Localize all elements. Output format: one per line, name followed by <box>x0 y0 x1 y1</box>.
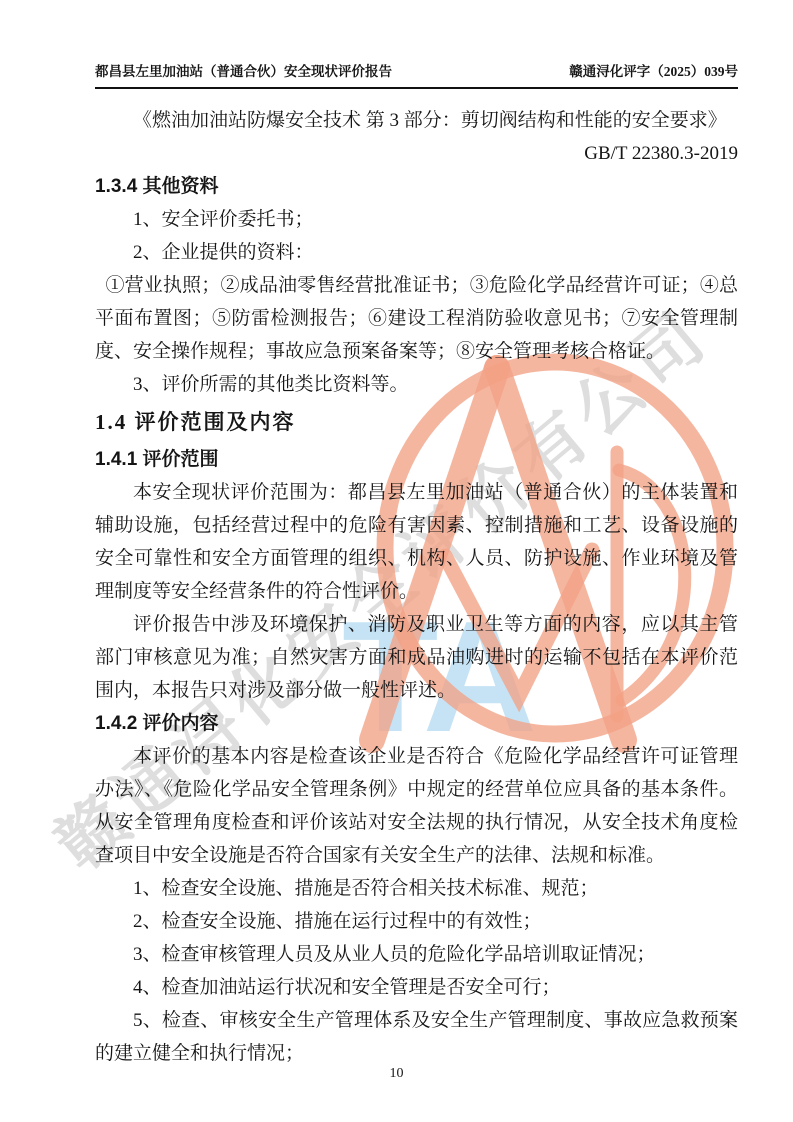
checklist-item: 5、检查、审核安全生产管理体系及安全生产管理制度、事故应急救预案的建立健全和执行… <box>95 1004 738 1070</box>
document-page: 赣通浔化安全评价有公司 TA 都昌县左里加油站（普通合伙）安全现状评价报告 赣通… <box>0 0 793 1122</box>
checklist-item: 3、检查审核管理人员及从业人员的危险化学品培训取证情况； <box>95 938 738 971</box>
checklist-item: 2、检查安全设施、措施在运行过程中的有效性； <box>95 905 738 938</box>
heading-1-4: 1.4 评价范围及内容 <box>95 401 738 443</box>
header-doc-number: 赣通浔化评字（2025）039号 <box>569 60 738 80</box>
heading-1-3-4: 1.3.4 其他资料 <box>95 170 738 203</box>
checklist-item: 1、检查安全设施、措施是否符合相关技术标准、规范； <box>95 872 738 905</box>
page-header: 都昌县左里加油站（普通合伙）安全现状评价报告 赣通浔化评字（2025）039号 <box>95 60 738 89</box>
heading-1-4-1: 1.4.1 评价范围 <box>95 443 738 476</box>
list-item: 2、企业提供的资料： <box>95 236 738 269</box>
materials-enumeration-paragraph: ①营业执照；②成品油零售经营批准证书；③危险化学品经营许可证；④总平面布置图；⑤… <box>95 269 738 368</box>
header-report-title: 都昌县左里加油站（普通合伙）安全现状评价报告 <box>95 60 392 80</box>
list-item: 3、评价所需的其他类比资料等。 <box>95 368 738 401</box>
referenced-standard-code: GB/T 22380.3-2019 <box>95 137 738 170</box>
list-item: 1、安全评价委托书； <box>95 203 738 236</box>
referenced-standard-title: 《燃油加油站防爆安全技术 第 3 部分：剪切阀结构和性能的安全要求》 <box>95 104 738 137</box>
scope-paragraph-2: 评价报告中涉及环境保护、消防及职业卫生等方面的内容，应以其主管部门审核意见为准；… <box>95 608 738 707</box>
document-body: 《燃油加油站防爆安全技术 第 3 部分：剪切阀结构和性能的安全要求》 GB/T … <box>95 104 738 1070</box>
heading-1-4-2: 1.4.2 评价内容 <box>95 707 738 740</box>
page-number: 10 <box>0 1066 793 1082</box>
scope-paragraph-1: 本安全现状评价范围为：都昌县左里加油站（普通合伙）的主体装置和辅助设施，包括经营… <box>95 476 738 608</box>
content-paragraph: 本评价的基本内容是检查该企业是否符合《危险化学品经营许可证管理办法》、《危险化学… <box>95 740 738 872</box>
checklist-item: 4、检查加油站运行状况和安全管理是否安全可行； <box>95 971 738 1004</box>
